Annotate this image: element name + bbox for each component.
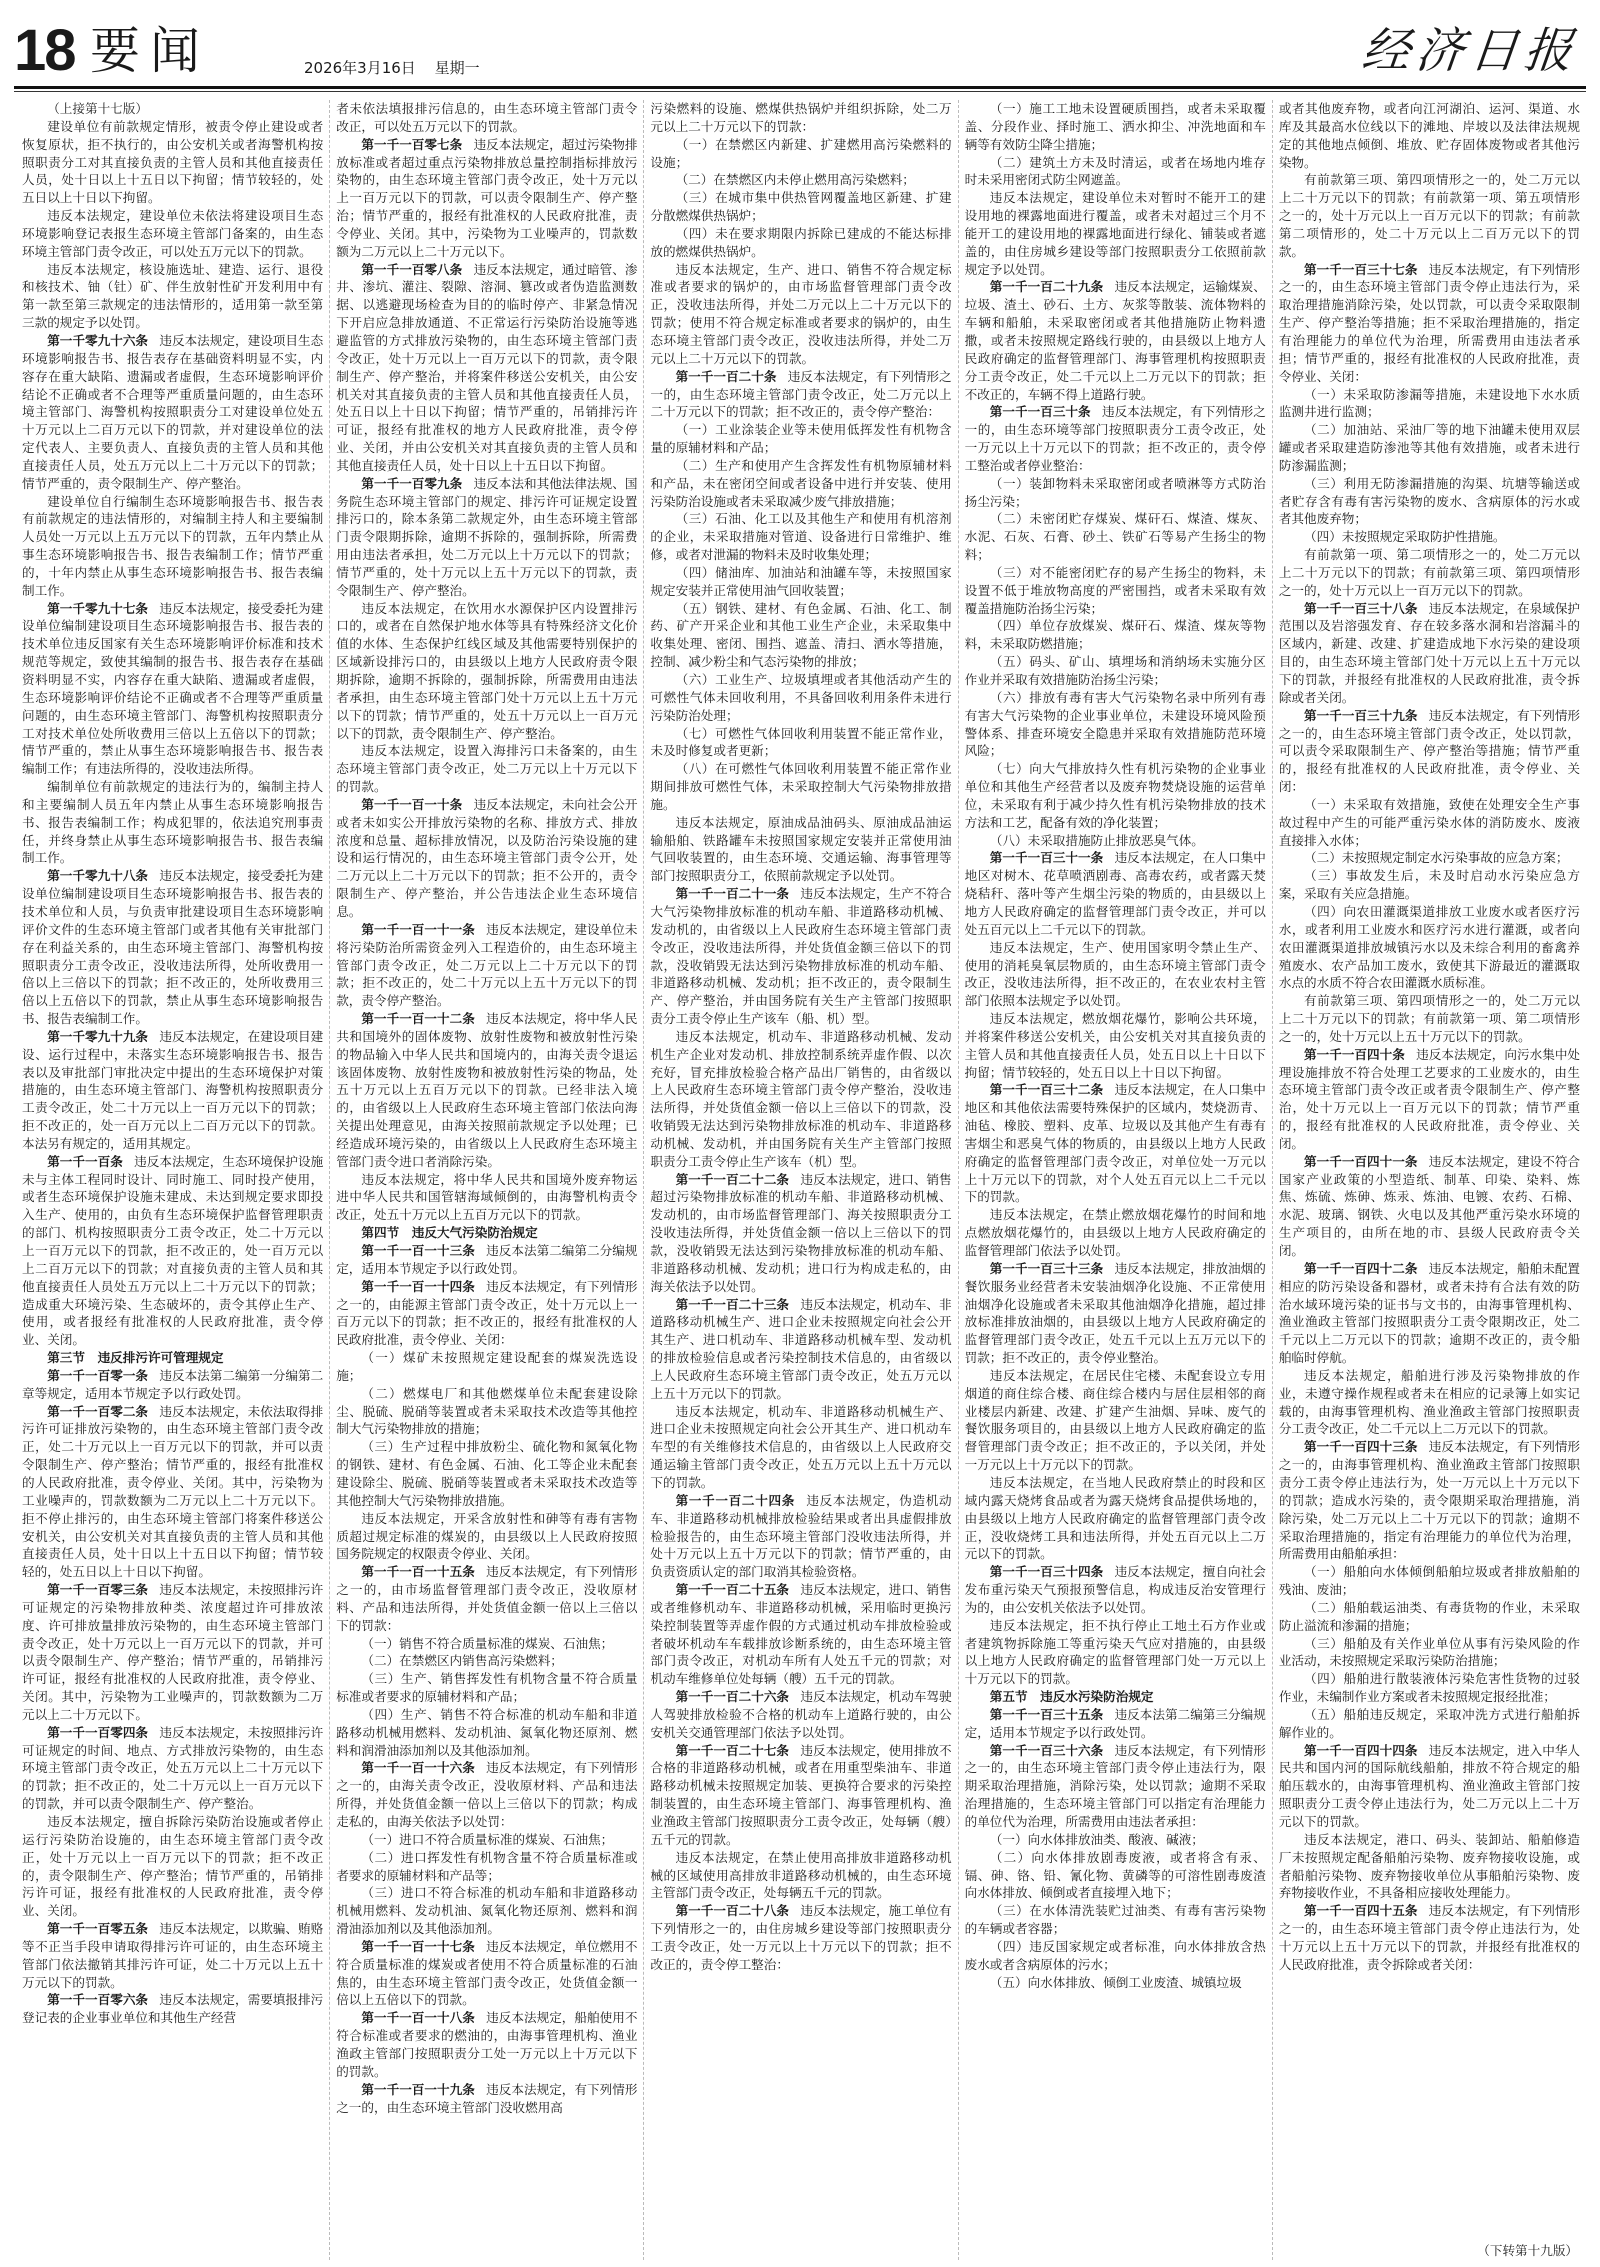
paragraph: 违反本法规定，在禁止使用高排放非道路移动机械的区域使用高排放非道路移动机械的，由…: [650, 1849, 951, 1903]
list-item: （四）未按照规定采取防护性措施。: [1279, 528, 1580, 546]
list-item: （四）储油库、加油站和油罐车等，未按照国家规定安装并正常使用油气回收装置；: [650, 564, 951, 600]
article-clause: 第一千一百二十五条违反本法规定，进口、销售或者维修机动车、非道路移动机械，采用临…: [650, 1581, 951, 1688]
list-item: （一）未采取防渗漏等措施，未建设地下水水质监测井进行监测；: [1279, 386, 1580, 422]
article-number: 第一千一百二十五条: [676, 1582, 789, 1597]
article-clause: 第一千一百一十五条违反本法规定，有下列情形之一的，由市场监督管理部门责令改正，没…: [336, 1563, 637, 1634]
article-number: 第一千一百一十三条: [361, 1243, 474, 1258]
article-number: 第一千一百二十四条: [676, 1493, 795, 1508]
issue-date: 2026年3月16日: [304, 59, 416, 77]
list-item: （五）向水体排放、倾倒工业废渣、城镇垃圾: [965, 1974, 1266, 1992]
article-number: 第一千一百二十条: [676, 369, 777, 384]
article-clause: 第一千一百一十二条违反本法规定，将中华人民共和国境外的固体废物、放射性废物和被放…: [336, 1010, 637, 1171]
article-clause: 第一千一百三十五条违反本法第二编第三分编规定，适用本节规定予以行政处罚。: [965, 1706, 1266, 1742]
paragraph: 有前款第三项、第四项情形之一的，处二万元以上二十万元以下的罚款；有前款第一项、第…: [1279, 992, 1580, 1046]
list-item: （二）未按照规定制定水污染事故的应急方案；: [1279, 849, 1580, 867]
article-number: 第一千一百零九条: [361, 476, 462, 491]
article-number: 第一千一百三十六条: [990, 1743, 1103, 1758]
article-number: 第一千零九十八条: [47, 868, 148, 883]
list-item: （二）建筑土方未及时清运，或者在场地内堆存时未采用密闭式防尘网遮盖。: [965, 154, 1266, 190]
article-text: 违反本法规定，生态环境保护设施未与主体工程同时设计、同时施工、同时投产使用，或者…: [22, 1154, 323, 1347]
article-clause: 第一千一百四十二条违反本法规定，船舶未配置相应的防污染设备和器材，或者未持有合法…: [1279, 1260, 1580, 1367]
list-item: （一）进口不符合质量标准的煤炭、石油焦；: [336, 1831, 637, 1849]
article-clause: 第一千一百四十一条违反本法规定，建设不符合国家产业政策的小型造纸、制革、印染、染…: [1279, 1153, 1580, 1260]
paragraph: 违反本法规定，设置入海排污口未备案的，由生态环境主管部门责令改正，处二万元以上十…: [336, 742, 637, 796]
paragraph: 违反本法规定，建设单位未对暂时不能开工的建设用地的裸露地面进行覆盖，或者未对超过…: [965, 189, 1266, 278]
article-text: 违反本法规定，有下列情形之一的，由海事管理机构、渔业渔政主管部门按照职责分工责令…: [1279, 1439, 1580, 1561]
list-item: （一）装卸物料未采取密闭或者喷淋等方式防治扬尘污染；: [965, 475, 1266, 511]
article-number: 第一千一百一十一条: [361, 922, 474, 937]
article-text: 违反本法规定，向污水集中处理设施排放不符合处理工艺要求的工业废水的，由生态环境主…: [1279, 1047, 1580, 1151]
list-item: （二）进口挥发性有机物含量不符合质量标准或者要求的原辅材料和产品等；: [336, 1849, 637, 1885]
article-number: 第一千一百三十条: [990, 404, 1091, 419]
article-number: 第一千一百零六条: [47, 1992, 148, 2007]
article-clause: 第一千一百三十四条违反本法规定，擅自向社会发布重污染天气预报预警信息，构成违反治…: [965, 1563, 1266, 1617]
list-item: （五）钢铁、建材、有色金属、石油、化工、制药、矿产开采企业和其他工业生产企业，未…: [650, 600, 951, 671]
dateline: 2026年3月16日 星期一: [304, 58, 494, 78]
list-item: （二）在禁燃区内销售高污染燃料；: [336, 1652, 637, 1670]
article-number: 第一千一百一十二条: [361, 1011, 474, 1026]
section-title: 要闻: [90, 20, 210, 82]
article-number: 第一千一百三十七条: [1304, 262, 1417, 277]
column-1: （上接第十七版）建设单位有前款规定情形，被责令停止建设或者恢复原状，拒不执行的，…: [16, 100, 330, 2260]
article-clause: 第一千一百四十三条违反本法规定，有下列情形之一的，由海事管理机构、渔业渔政主管部…: [1279, 1438, 1580, 1563]
article-clause: 第一千一百三十八条违反本法规定，在泉域保护范围以及岩溶强发育、存在较多落水洞和岩…: [1279, 600, 1580, 707]
continued-notice: （下转第十九版）: [1477, 2240, 1578, 2259]
list-item: （三）进口不符合标准的机动车船和非道路移动机械用燃料、发动机油、氮氧化物还原剂、…: [336, 1884, 637, 1938]
paragraph: 违反本法规定，擅自拆除污染防治设施或者停止运行污染防治设施的，由生态环境主管部门…: [22, 1813, 323, 1920]
article-number: 第一千一百四十二条: [1304, 1261, 1417, 1276]
article-clause: 第一千零九十九条违反本法规定，在建设项目建设、运行过程中，未落实生态环境影响报告…: [22, 1028, 323, 1153]
list-item: （四）生产、销售不符合标准的机动车船和非道路移动机械用燃料、发动机油、氮氧化物还…: [336, 1706, 637, 1760]
paragraph: 或者其他废弃物，或者向江河湖泊、运河、渠道、水库及其最高水位线以下的滩地、岸坡以…: [1279, 100, 1580, 171]
article-clause: 第一千一百四十条违反本法规定，向污水集中处理设施排放不符合处理工艺要求的工业废水…: [1279, 1046, 1580, 1153]
list-item: （三）对不能密闭贮存的易产生扬尘的物料，未设置不低于堆放物高度的严密围挡，或者未…: [965, 564, 1266, 618]
paragraph: 违反本法规定，建设单位未依法将建设项目生态环境影响登记表报生态环境主管部门备案的…: [22, 207, 323, 261]
list-item: （一）工业涂装企业等未使用低挥发性有机物含量的原辅材料和产品；: [650, 421, 951, 457]
paragraph: 违反本法规定，开采含放射性和砷等有毒有害物质超过规定标准的煤炭的，由县级以上人民…: [336, 1510, 637, 1564]
article-clause: 第一千一百零三条违反本法规定，未按照排污许可证规定的污染物排放种类、浓度超过许可…: [22, 1581, 323, 1724]
article-number: 第一千零九十七条: [47, 601, 148, 616]
paragraph: 违反本法规定，在当地人民政府禁止的时段和区域内露天烧烤食品或者为露天烧烤食品提供…: [965, 1474, 1266, 1563]
article-number: 第一千一百零三条: [47, 1582, 148, 1597]
list-item: （一）煤矿未按照规定建设配套的煤炭洗选设施；: [336, 1349, 637, 1385]
list-item: （一）向水体排放油类、酸液、碱液；: [965, 1831, 1266, 1849]
article-text: 违反本法规定，生产不符合大气污染物排放标准的机动车船、非道路移动机械、发动机的，…: [650, 886, 951, 1026]
paragraph: 违反本法规定，船舶进行涉及污染物排放的作业，未遵守操作规程或者未在相应的记录簿上…: [1279, 1367, 1580, 1438]
article-clause: 第一千一百零六条违反本法规定，需要填报排污登记表的企业事业单位和其他生产经营: [22, 1991, 323, 2027]
article-number: 第一千零九十六条: [47, 333, 148, 348]
article-text: 违反本法规定，有下列情形之一的，由生态环境主管部门责令停止违法行为，采取治理措施…: [1279, 262, 1580, 384]
article-text: 违反本法规定，接受委托为建设单位编制建设项目生态环境影响报告书、报告表的技术单位…: [22, 601, 323, 777]
page-number: 18: [14, 18, 75, 84]
article-number: 第一千一百零一条: [47, 1368, 148, 1383]
paragraph: 有前款第一项、第二项情形之一的，处二万元以上二十万元以下的罚款；有前款第三项、第…: [1279, 546, 1580, 600]
article-text: 违反本法规定，在建设项目建设、运行过程中，未落实生态环境影响报告书、报告表以及审…: [22, 1029, 323, 1151]
list-item: （七）向大气排放持久性有机污染物的企业事业单位和其他生产经营者以及废弃物焚烧设施…: [965, 760, 1266, 831]
list-item: （三）在水体清洗装贮过油类、有毒有害污染物的车辆或者容器；: [965, 1902, 1266, 1938]
article-number: 第一千一百二十八条: [676, 1903, 789, 1918]
paragraph: 违反本法规定，在饮用水水源保护区内设置排污口的，或者在自然保护地水体等具有特殊经…: [336, 600, 637, 743]
article-text: 违反本法规定，在泉域保护范围以及岩溶强发育、存在较多落水洞和岩溶漏斗的区域内，新…: [1279, 601, 1580, 705]
article-number: 第一千一百二十一条: [676, 886, 789, 901]
list-item: （七）可燃性气体回收利用装置不能正常作业，未及时修复或者更新；: [650, 725, 951, 761]
article-clause: 第一千一百三十六条违反本法规定，有下列情形之一的，由生态环境主管部门责令停止违法…: [965, 1742, 1266, 1831]
list-item: （六）排放有毒有害大气污染物名录中所列有毒有害大气污染物的企业事业单位，未建设环…: [965, 689, 1266, 760]
list-item: （一）销售不符合质量标准的煤炭、石油焦；: [336, 1635, 637, 1653]
article-number: 第一千一百三十九条: [1304, 708, 1417, 723]
list-item: （二）未密闭贮存煤炭、煤矸石、煤渣、煤灰、水泥、石灰、石膏、砂土、铁矿石等易产生…: [965, 510, 1266, 564]
article-text: 违反本法规定，未按照排污许可证规定的污染物排放种类、浓度超过许可排放浓度、许可排…: [22, 1582, 323, 1722]
header-divider-thick: [14, 86, 1586, 89]
article-text: 违反本法规定，建设项目生态环境影响报告书、报告表存在基础资料明显不实，内容存在重…: [22, 333, 323, 491]
article-clause: 第一千一百二十八条违反本法规定，施工单位有下列情形之一的，由住房城乡建设等部门按…: [650, 1902, 951, 1973]
article-number: 第一千一百零四条: [47, 1725, 148, 1740]
paragraph: 违反本法规定，在居民住宅楼、未配套设立专用烟道的商住综合楼、商住综合楼内与居住层…: [965, 1367, 1266, 1474]
article-clause: 第一千零九十八条违反本法规定，接受委托为建设单位编制建设项目生态环境影响报告书、…: [22, 867, 323, 1028]
list-item: （四）单位存放煤炭、煤矸石、煤渣、煤灰等物料，未采取防燃措施；: [965, 617, 1266, 653]
article-clause: 第一千一百零九条违反本法和其他法律法规、国务院生态环境主管部门的规定、排污许可证…: [336, 475, 637, 600]
list-item: （八）在可燃性气体回收利用装置不能正常作业期间排放可燃性气体，未采取控制大气污染…: [650, 760, 951, 814]
list-item: （二）生产和使用产生含挥发性有机物原辅材料和产品，未在密闭空间或者设备中进行并安…: [650, 457, 951, 511]
section-heading: 第三节 违反排污许可管理规定: [22, 1349, 323, 1367]
article-number: 第一千一百三十二条: [990, 1082, 1103, 1097]
paragraph: 违反本法规定，机动车、非道路移动机械生产、进口企业未按照规定向社会公开其生产、进…: [650, 1403, 951, 1492]
article-number: 第一千零九十九条: [47, 1029, 148, 1044]
list-item: （一）在禁燃区内新建、扩建燃用高污染燃料的设施；: [650, 136, 951, 172]
article-number: 第一千一百二十二条: [676, 1172, 789, 1187]
article-text: 违反本法规定，进口、销售或者维修机动车、非道路移动机械，采用临时更换污染控制装置…: [650, 1582, 951, 1686]
article-number: 第一千一百零八条: [361, 262, 462, 277]
article-number: 第一千一百四十四条: [1304, 1743, 1417, 1758]
article-text: 违反本法规定，通过暗管、渗井、渗坑、灌注、裂隙、溶洞、篡改或者伪造监测数据、以逃…: [336, 262, 637, 473]
paragraph: 违反本法规定，生产、使用国家明令禁止生产、使用的消耗臭氧层物质的，由生态环境主管…: [965, 939, 1266, 1010]
paragraph: 有前款第三项、第四项情形之一的，处二万元以上二十万元以下的罚款；有前款第一项、第…: [1279, 171, 1580, 260]
article-text: 违反本法规定，排放油烟的餐饮服务业经营者未安装油烟净化设施、不正常使用油烟净化设…: [965, 1261, 1266, 1365]
article-number: 第一千一百一十六条: [361, 1760, 474, 1775]
article-clause: 第一千一百二十四条违反本法规定，伪造机动车、非道路移动机械排放检验结果或者出具虚…: [650, 1492, 951, 1581]
article-number: 第一千一百一十四条: [361, 1279, 474, 1294]
article-text: 违反本法规定，接受委托为建设单位编制建设项目生态环境影响报告书、报告表的技术单位…: [22, 868, 323, 1026]
list-item: （一）未采取有效措施，致使在处理安全生产事故过程中产生的可能严重污染水体的消防废…: [1279, 796, 1580, 850]
article-clause: 第一千零九十七条违反本法规定，接受委托为建设单位编制建设项目生态环境影响报告书、…: [22, 600, 323, 778]
paragraph: 违反本法规定，将中华人民共和国境外废弃物运进中华人民共和国管辖海域倾倒的，由海警…: [336, 1171, 637, 1225]
article-number: 第一千一百三十四条: [990, 1564, 1103, 1579]
article-number: 第一千一百三十五条: [990, 1707, 1103, 1722]
article-number: 第一千一百二十九条: [990, 279, 1103, 294]
paragraph: 建设单位有前款规定情形，被责令停止建设或者恢复原状，拒不执行的，由公安机关或者海…: [22, 118, 323, 207]
article-clause: 第一千一百零二条违反本法规定，未依法取得排污许可证排放污染物的，由生态环境主管部…: [22, 1403, 323, 1581]
article-number: 第一千一百一十八条: [361, 2010, 474, 2025]
continued-from-note: （上接第十七版）: [22, 100, 323, 118]
article-clause: 第一千一百一十六条违反本法规定，有下列情形之一的，由海关责令改正，没收原材料、产…: [336, 1759, 637, 1830]
article-clause: 第一千一百零一条违反本法第二编第一分编第二章等规定，适用本节规定予以行政处罚。: [22, 1367, 323, 1403]
paragraph: 违反本法规定，拒不执行停止工地土石方作业或者建筑物拆除施工等重污染天气应对措施的…: [965, 1617, 1266, 1688]
paragraph: 污染燃料的设施、燃煤供热锅炉并组织拆除，处二万元以上二十万元以下的罚款：: [650, 100, 951, 136]
list-item: （四）船舶进行散装液体污染危害性货物的过驳作业，未编制作业方案或者未按照规定报经…: [1279, 1670, 1580, 1706]
list-item: （二）在禁燃区内未停止燃用高污染燃料；: [650, 171, 951, 189]
article-number: 第一千一百四十三条: [1304, 1439, 1417, 1454]
article-number: 第一千一百零二条: [47, 1404, 148, 1419]
article-clause: 第一千一百二十二条违反本法规定，进口、销售超过污染物排放标准的机动车船、非道路移…: [650, 1171, 951, 1296]
list-item: （四）未在要求期限内拆除已建成的不能达标排放的燃煤供热锅炉。: [650, 225, 951, 261]
list-item: （六）工业生产、垃圾填埋或者其他活动产生的可燃性气体未回收利用，不具备回收利用条…: [650, 671, 951, 725]
article-number: 第一千一百条: [47, 1154, 123, 1169]
list-item: （三）在城市集中供热管网覆盖地区新建、扩建分散燃煤供热锅炉；: [650, 189, 951, 225]
list-item: （四）向农田灌溉渠道排放工业废水或者医疗污水，或者利用工业废水和医疗污水进行灌溉…: [1279, 903, 1580, 992]
article-clause: 第一千一百二十九条违反本法规定，运输煤炭、垃圾、渣土、砂石、土方、灰浆等散装、流…: [965, 278, 1266, 403]
paragraph: 违反本法规定，原油成品油码头、原油成品油运输船舶、铁路罐车未按照国家规定安装并正…: [650, 814, 951, 885]
article-text: 违反本法规定，未向社会公开或者未如实公开排放污染物的名称、排放方式、排放浓度和总…: [336, 797, 637, 919]
article-clause: 第一千一百三十一条违反本法规定，在人口集中地区对树木、花草喷洒剧毒、高毒农药，或…: [965, 849, 1266, 938]
article-clause: 第一千一百一十八条违反本法规定，船舶使用不符合标准或者要求的燃油的，由海事管理机…: [336, 2009, 637, 2080]
paragraph: 建设单位自行编制生态环境影响报告书、报告表有前款规定的违法情形的，对编制主持人和…: [22, 493, 323, 600]
list-item: （三）利用无防渗漏措施的沟渠、坑塘等输送或者贮存含有毒有害污染物的废水、含病原体…: [1279, 475, 1580, 529]
article-number: 第一千一百三十一条: [990, 850, 1103, 865]
list-item: （二）加油站、采油厂等的地下油罐未使用双层罐或者采取建造防渗池等其他有效措施，或…: [1279, 421, 1580, 475]
list-item: （二）向水体排放剧毒废液，或者将含有汞、镉、砷、铬、铅、氰化物、黄磷等的可溶性剧…: [965, 1849, 1266, 1903]
article-clause: 第一千一百三十七条违反本法规定，有下列情形之一的，由生态环境主管部门责令停止违法…: [1279, 261, 1580, 386]
article-clause: 第一千一百一十三条违反本法第二编第二分编规定，适用本节规定予以行政处罚。: [336, 1242, 637, 1278]
article-clause: 第一千一百条违反本法规定，生态环境保护设施未与主体工程同时设计、同时施工、同时投…: [22, 1153, 323, 1349]
newspaper-logo: 经济日报: [1359, 18, 1582, 84]
list-item: （三）事故发生后，未及时启动水污染应急方案，采取有关应急措施。: [1279, 867, 1580, 903]
article-number: 第一千一百三十八条: [1304, 601, 1417, 616]
article-number: 第一千一百一十条: [361, 797, 462, 812]
article-number: 第一千一百二十六条: [676, 1689, 789, 1704]
article-number: 第一千一百二十七条: [676, 1743, 789, 1758]
list-item: （三）生产、销售挥发性有机物含量不符合质量标准或者要求的原辅材料和产品；: [336, 1670, 637, 1706]
article-clause: 第一千一百三十二条违反本法规定，在人口集中地区和其他依法需要特殊保护的区域内，焚…: [965, 1081, 1266, 1206]
article-clause: 第一千一百二十条违反本法规定，有下列情形之一的，由生态环境主管部门责令改正，处二…: [650, 368, 951, 422]
list-item: （五）码头、矿山、填埋场和消纳场未实施分区作业并采取有效措施防治扬尘污染；: [965, 653, 1266, 689]
column-3: 污染燃料的设施、燃煤供热锅炉并组织拆除，处二万元以上二十万元以下的罚款：（一）在…: [644, 100, 958, 2260]
article-clause: 第一千一百三十条违反本法规定，有下列情形之一的，由生态环境等部门按照职责分工责令…: [965, 403, 1266, 474]
column-4: （一）施工工地未设置硬质围挡，或者未采取覆盖、分段作业、择时施工、洒水抑尘、冲洗…: [959, 100, 1273, 2260]
article-text: 违反本法规定，未依法取得排污许可证排放污染物的，由生态环境主管部门责令改正，处二…: [22, 1404, 323, 1580]
article-clause: 第一千零九十六条违反本法规定，建设项目生态环境影响报告书、报告表存在基础资料明显…: [22, 332, 323, 493]
article-number: 第一千一百四十一条: [1304, 1154, 1417, 1169]
issue-weekday: 星期一: [435, 59, 480, 77]
paragraph: 违反本法规定，在禁止燃放烟花爆竹的时间和地点燃放烟花爆竹的，由县级以上地方人民政…: [965, 1206, 1266, 1260]
paragraph: 违反本法规定，机动车、非道路移动机械、发动机生产企业对发动机、排放控制系统弄虚作…: [650, 1028, 951, 1171]
article-number: 第一千一百四十条: [1304, 1047, 1405, 1062]
list-item: （一）施工工地未设置硬质围挡，或者未采取覆盖、分段作业、择时施工、洒水抑尘、冲洗…: [965, 100, 1266, 154]
article-text: 违反本法规定，超过污染物排放标准或者超过重点污染物排放总量控制指标排放污染物的，…: [336, 137, 637, 259]
article-clause: 第一千一百零八条违反本法规定，通过暗管、渗井、渗坑、灌注、裂隙、溶洞、篡改或者伪…: [336, 261, 637, 475]
article-text: 违反本法和其他法律法规、国务院生态环境主管部门的规定、排污许可证规定设置排污口的…: [336, 476, 637, 598]
article-text: 违反本法规定，在人口集中地区和其他依法需要特殊保护的区域内，焚烧沥青、油毡、橡胶…: [965, 1082, 1266, 1204]
list-item: （二）燃煤电厂和其他燃煤单位未配套建设除尘、脱硫、脱硝等装置或者未采取技术改造等…: [336, 1385, 637, 1439]
article-clause: 第一千一百一十九条违反本法规定，有下列情形之一的，由生态环境主管部门没收燃用高: [336, 2081, 637, 2117]
article-clause: 第一千一百二十七条违反本法规定，使用排放不合格的非道路移动机械，或者在用重型柴油…: [650, 1742, 951, 1849]
article-number: 第一千一百三十三条: [990, 1261, 1103, 1276]
header-divider-thin: [14, 91, 1586, 92]
article-clause: 第一千一百三十九条违反本法规定，有下列情形之一的，由生态环境主管部门责令改正，处…: [1279, 707, 1580, 796]
article-number: 第一千一百零七条: [361, 137, 462, 152]
article-text: 违反本法规定，使用排放不合格的非道路移动机械，或者在用重型柴油车、非道路移动机械…: [650, 1743, 951, 1847]
article-clause: 第一千一百四十四条违反本法规定，进入中华人民共和国内河的国际航线船舶，排放不符合…: [1279, 1742, 1580, 1831]
paragraph: 者未依法填报排污信息的，由生态环境主管部门责令改正，可以处五万元以下的罚款。: [336, 100, 637, 136]
masthead: 18 要闻 2026年3月16日 星期一 经济日报: [14, 18, 1586, 84]
article-number: 第一千一百零五条: [47, 1921, 148, 1936]
article-text: 违反本法规定，运输煤炭、垃圾、渣土、砂石、土方、灰浆等散装、流体物料的车辆和船舶…: [965, 279, 1266, 401]
list-item: （八）未采取措施防止排放恶臭气体。: [965, 832, 1266, 850]
column-5: 或者其他废弃物，或者向江河湖泊、运河、渠道、水库及其最高水位线以下的滩地、岸坡以…: [1273, 100, 1586, 2260]
article-number: 第一千一百一十五条: [361, 1564, 474, 1579]
paragraph: 编制单位有前款规定的违法行为的，编制主持人和主要编制人员五年内禁止从事生态环境影…: [22, 778, 323, 867]
article-text: 违反本法规定，建设不符合国家产业政策的小型造纸、制革、印染、染料、炼焦、炼硫、炼…: [1279, 1154, 1580, 1258]
article-number: 第一千一百四十五条: [1304, 1903, 1417, 1918]
section-heading: 第五节 违反水污染防治规定: [965, 1688, 1266, 1706]
article-number: 第一千一百一十七条: [361, 1939, 474, 1954]
paragraph: 违反本法规定，燃放烟花爆竹，影响公共环境，并将案件移送公安机关，由公安机关对其直…: [965, 1010, 1266, 1081]
column-2: 者未依法填报排污信息的，由生态环境主管部门责令改正，可以处五万元以下的罚款。第一…: [330, 100, 644, 2260]
article-clause: 第一千一百二十六条违反本法规定，机动车驾驶人驾驶排放检验不合格的机动车上道路行驶…: [650, 1688, 951, 1742]
article-clause: 第一千一百零四条违反本法规定，未按照排污许可证规定的时间、地点、方式排放污染物的…: [22, 1724, 323, 1813]
article-clause: 第一千一百二十一条违反本法规定，生产不符合大气污染物排放标准的机动车船、非道路移…: [650, 885, 951, 1028]
list-item: （一）船舶向水体倾倒船舶垃圾或者排放船舶的残油、废油；: [1279, 1563, 1580, 1599]
article-text: 违反本法规定，船舶未配置相应的防污染设备和器材，或者未持有合法有效的防治水域环境…: [1279, 1261, 1580, 1365]
list-item: （二）船舶载运油类、有毒货物的作业，未采取防止溢流和渗漏的措施；: [1279, 1599, 1580, 1635]
section-heading: 第四节 违反大气污染防治规定: [336, 1224, 637, 1242]
paragraph: 违反本法规定，港口、码头、装卸站、船舶修造厂未按照规定配备船舶污染物、废弃物接收…: [1279, 1831, 1580, 1902]
list-item: （三）船舶及有关作业单位从事有污染风险的作业活动，未按照规定采取污染防治措施；: [1279, 1635, 1580, 1671]
article-body: （上接第十七版）建设单位有前款规定情形，被责令停止建设或者恢复原状，拒不执行的，…: [16, 100, 1586, 2260]
paragraph: 违反本法规定，核设施选址、建造、运行、退役和核技术、铀（钍）矿、伴生放射性矿开发…: [22, 261, 323, 332]
list-item: （五）船舶违反规定，采取冲洗方式进行船舶拆解作业的。: [1279, 1706, 1580, 1742]
article-text: 违反本法规定，将中华人民共和国境外的固体废物、放射性废物和被放射性污染的物品输入…: [336, 1011, 637, 1169]
article-text: 违反本法规定，机动车、非道路移动机械生产、进口企业未按照规定向社会公开其生产、进…: [650, 1297, 951, 1401]
list-item: （四）违反国家规定或者标准，向水体排放含热废水或者含病原体的污水；: [965, 1938, 1266, 1974]
article-clause: 第一千一百二十三条违反本法规定，机动车、非道路移动机械生产、进口企业未按照规定向…: [650, 1296, 951, 1403]
article-clause: 第一千一百三十三条违反本法规定，排放油烟的餐饮服务业经营者未安装油烟净化设施、不…: [965, 1260, 1266, 1367]
article-clause: 第一千一百一十条违反本法规定，未向社会公开或者未如实公开排放污染物的名称、排放方…: [336, 796, 637, 921]
article-clause: 第一千一百四十五条违反本法规定，有下列情形之一的，由生态环境主管部门责令停止违法…: [1279, 1902, 1580, 1973]
article-text: 违反本法规定，进口、销售超过污染物排放标准的机动车船、非道路移动机械、发动机的，…: [650, 1172, 951, 1294]
list-item: （三）生产过程中排放粉尘、硫化物和氮氧化物的钢铁、建材、有色金属、石油、化工等企…: [336, 1438, 637, 1509]
article-clause: 第一千一百一十七条违反本法规定，单位燃用不符合质量标准的煤炭或者使用不符合质量标…: [336, 1938, 637, 2009]
article-clause: 第一千一百零七条违反本法规定，超过污染物排放标准或者超过重点污染物排放总量控制指…: [336, 136, 637, 261]
article-number: 第一千一百一十九条: [361, 2082, 474, 2097]
paragraph: 违反本法规定，生产、进口、销售不符合规定标准或者要求的锅炉的，由市场监督管理部门…: [650, 261, 951, 368]
article-clause: 第一千一百零五条违反本法规定，以欺骗、贿赂等不正当手段申请取得排污许可证的，由生…: [22, 1920, 323, 1991]
article-clause: 第一千一百一十一条违反本法规定，建设单位未将污染防治所需资金列入工程造价的，由生…: [336, 921, 637, 1010]
list-item: （三）石油、化工以及其他生产和使用有机溶剂的企业，未采取措施对管道、设备进行日常…: [650, 510, 951, 564]
article-clause: 第一千一百一十四条违反本法规定，有下列情形之一的，由能源主管部门责令改正，处十万…: [336, 1278, 637, 1349]
article-number: 第一千一百二十三条: [676, 1297, 789, 1312]
